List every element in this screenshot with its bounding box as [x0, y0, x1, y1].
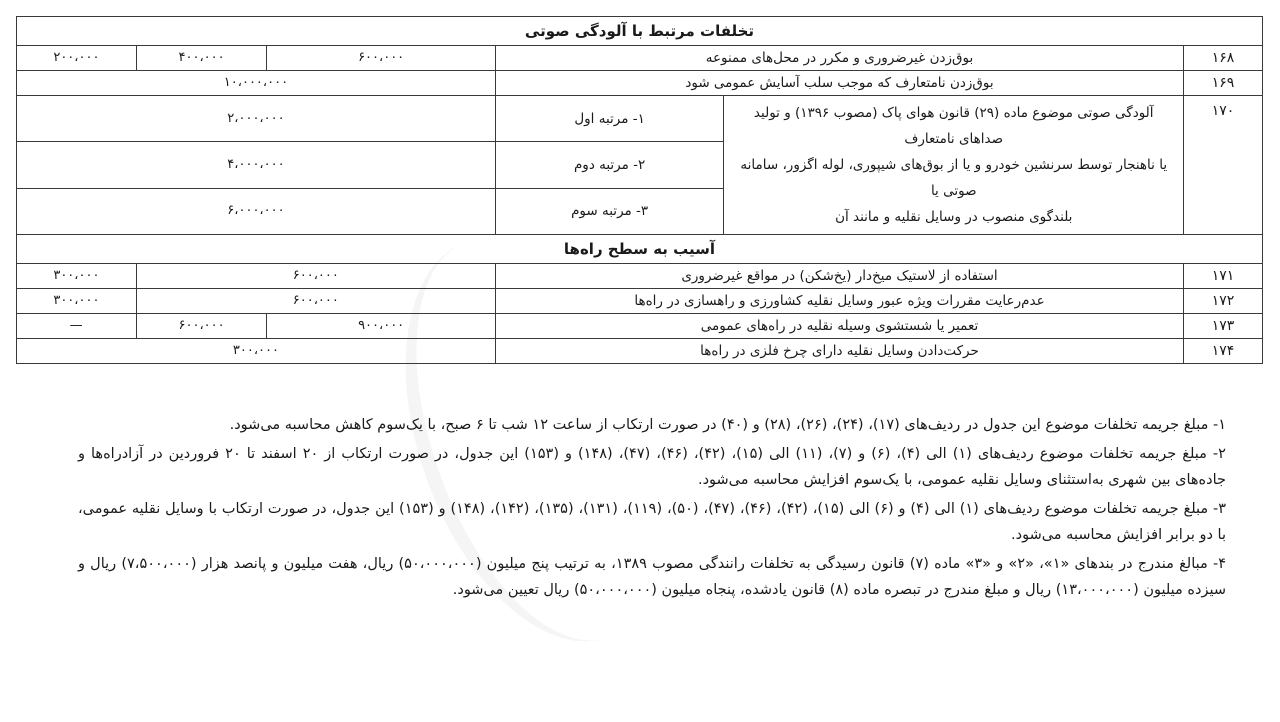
violation-description: بوق‌زدن غیرضروری و مکرر در محل‌های ممنوع… [495, 46, 1183, 71]
fine-amount: ۶۰۰،۰۰۰ [267, 46, 496, 71]
section-header-row: تخلفات مرتبط با آلودگی صوتی [17, 17, 1263, 46]
fine-amount: ۶۰۰،۰۰۰ [136, 289, 495, 314]
row-number: ۱۷۰ [1184, 96, 1263, 235]
row-number: ۱۶۹ [1184, 71, 1263, 96]
footnotes: ۱- مبلغ جریمه تخلفات موضوع این جدول در ر… [78, 412, 1226, 606]
fine-amount: ۱۰،۰۰۰،۰۰۰ [17, 71, 496, 96]
table-row: ۱۷۱ استفاده از لاستیک میخ‌دار (یخ‌شکن) د… [17, 264, 1263, 289]
violation-description: بوق‌زدن نامتعارف که موجب سلب آسایش عمومی… [495, 71, 1183, 96]
offense-level: ۱- مرتبه اول [495, 96, 724, 142]
table-row: ۱۷۰ آلودگی صوتی موضوع ماده (۲۹) قانون هو… [17, 96, 1263, 142]
table-row: ۱۶۸ بوق‌زدن غیرضروری و مکرر در محل‌های م… [17, 46, 1263, 71]
table-row: ۱۶۹ بوق‌زدن نامتعارف که موجب سلب آسایش ع… [17, 71, 1263, 96]
fine-amount: ۴۰۰،۰۰۰ [136, 46, 267, 71]
row-number: ۱۷۳ [1184, 314, 1263, 339]
violation-description-multiline: آلودگی صوتی موضوع ماده (۲۹) قانون هوای پ… [724, 96, 1184, 235]
fine-amount: ۳۰۰،۰۰۰ [17, 289, 137, 314]
row-number: ۱۶۸ [1184, 46, 1263, 71]
document-page: تخلفات مرتبط با آلودگی صوتی ۱۶۸ بوق‌زدن … [0, 0, 1280, 722]
row-number: ۱۷۱ [1184, 264, 1263, 289]
violation-description: عدم‌رعایت مقررات ویژه عبور وسایل نقلیه ک… [495, 289, 1183, 314]
table-row: ۱۷۳ تعمیر یا شستشوی وسیله نقلیه در راه‌ه… [17, 314, 1263, 339]
fine-amount: ۲،۰۰۰،۰۰۰ [17, 96, 496, 142]
fine-amount: ۳۰۰،۰۰۰ [17, 339, 496, 364]
fine-amount: ۶،۰۰۰،۰۰۰ [17, 188, 496, 234]
fine-amount: ۶۰۰،۰۰۰ [136, 264, 495, 289]
fine-amount: ۶۰۰،۰۰۰ [136, 314, 267, 339]
description-line: یا ناهنجار توسط سرنشین خودرو و یا از بوق… [734, 152, 1173, 204]
description-line: آلودگی صوتی موضوع ماده (۲۹) قانون هوای پ… [734, 100, 1173, 152]
fine-amount: ۳۰۰،۰۰۰ [17, 264, 137, 289]
table-row: ۱۷۲ عدم‌رعایت مقررات ویژه عبور وسایل نقل… [17, 289, 1263, 314]
offense-level: ۳- مرتبه سوم [495, 188, 724, 234]
violation-description: تعمیر یا شستشوی وسیله نقلیه در راه‌های ع… [495, 314, 1183, 339]
section-title-road-damage: آسیب به سطح راه‌ها [17, 235, 1263, 264]
fine-amount-empty: — [17, 314, 137, 339]
fine-amount: ۲۰۰،۰۰۰ [17, 46, 137, 71]
table-row: ۱۷۴ حرکت‌دادن وسایل نقلیه دارای چرخ فلزی… [17, 339, 1263, 364]
description-line: بلندگوی منصوب در وسایل نقلیه و مانند آن [734, 204, 1173, 230]
footnote-4: ۴- مبالغ مندرج در بندهای «۱»، «۲» و «۳» … [78, 551, 1226, 603]
section-title-noise-pollution: تخلفات مرتبط با آلودگی صوتی [17, 17, 1263, 46]
offense-level: ۲- مرتبه دوم [495, 142, 724, 188]
footnote-3: ۳- مبلغ جریمه تخلفات موضوع ردیف‌های (۱) … [78, 496, 1226, 548]
section-header-row: آسیب به سطح راه‌ها [17, 235, 1263, 264]
traffic-fines-table: تخلفات مرتبط با آلودگی صوتی ۱۶۸ بوق‌زدن … [16, 16, 1263, 364]
footnote-1: ۱- مبلغ جریمه تخلفات موضوع این جدول در ر… [78, 412, 1226, 438]
violation-description: استفاده از لاستیک میخ‌دار (یخ‌شکن) در مو… [495, 264, 1183, 289]
fine-amount: ۹۰۰،۰۰۰ [267, 314, 496, 339]
violation-description: حرکت‌دادن وسایل نقلیه دارای چرخ فلزی در … [495, 339, 1183, 364]
footnote-2: ۲- مبلغ جریمه تخلفات موضوع ردیف‌های (۱) … [78, 441, 1226, 493]
row-number: ۱۷۲ [1184, 289, 1263, 314]
row-number: ۱۷۴ [1184, 339, 1263, 364]
fine-amount: ۴،۰۰۰،۰۰۰ [17, 142, 496, 188]
